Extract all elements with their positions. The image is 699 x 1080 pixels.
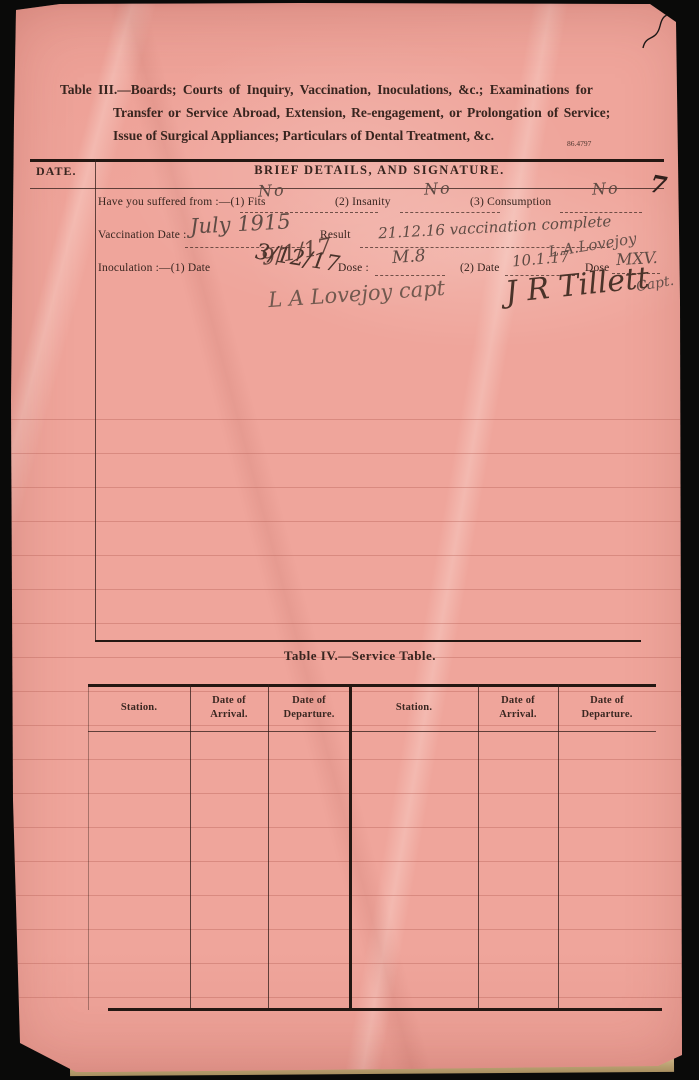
date2-label: (2) Date [460, 262, 500, 274]
vaccination-date-value: July 1915 [189, 209, 291, 238]
form-title-line3: Issue of Surgical Appliances; Particular… [113, 128, 494, 144]
vaccination-label: Vaccination Date : [98, 229, 187, 241]
table4-bottom-border [108, 1008, 662, 1011]
table3-bottom-border [95, 640, 641, 642]
table4-header-station-2: Station. [350, 686, 478, 730]
form-title-line2: Transfer or Service Abroad, Extension, R… [113, 105, 645, 121]
table4-title: Table IV.—Service Table. [0, 648, 699, 664]
dose1-value: M.8 [391, 246, 426, 268]
margin-pen-mark: 7 [648, 169, 669, 200]
form-ref-number: 86.4797 [567, 139, 591, 148]
table4-divider-5 [558, 684, 559, 1010]
form-title-line1: Table III.—Boards; Courts of Inquiry, Va… [60, 82, 644, 98]
table4-divider-2 [268, 684, 269, 1010]
table4-header-row: Station. Date of Arrival. Date of Depart… [88, 686, 656, 730]
fill-line-insanity [400, 211, 500, 213]
table4-divider-4 [478, 684, 479, 1010]
table4-center-divider [349, 684, 352, 1010]
table4-header-arrival-2: Date of Arrival. [478, 686, 558, 730]
table3-details-header: BRIEF DETAILS, AND SIGNATURE. [95, 163, 664, 178]
table3-date-column-divider [95, 159, 96, 642]
table4-header-departure-2: Date of Departure. [558, 686, 656, 730]
insanity-answer: No [424, 178, 453, 198]
consumption-answer: No [592, 178, 621, 198]
table4-header-underline [88, 731, 656, 732]
scan-hair-artifact [610, 0, 695, 52]
inoculation-date1-scrawl: 3/12/17 9/1/17 [255, 244, 345, 284]
form-paper: Table III.—Boards; Courts of Inquiry, Va… [0, 0, 699, 1080]
dose1-label: Dose : [338, 262, 369, 274]
table3-date-header: DATE. [36, 164, 76, 179]
inoculation-label: Inoculation :—(1) Date [98, 262, 210, 274]
table4-header-departure-1: Date of Departure. [268, 686, 350, 730]
fits-answer: No [258, 180, 287, 200]
consumption-label: (3) Consumption [470, 196, 551, 208]
table4-divider-1 [190, 684, 191, 1010]
suffered-label: Have you suffered from :—(1) Fits [98, 196, 266, 208]
table4-header-arrival-1: Date of Arrival. [190, 686, 268, 730]
table4-left-border [88, 684, 89, 1010]
date2-value: 10.1.17 [511, 248, 570, 271]
table3-top-border [30, 159, 664, 162]
table4-header-station-1: Station. [88, 686, 190, 730]
table3-header-underline [30, 188, 664, 189]
insanity-label: (2) Insanity [335, 196, 391, 208]
